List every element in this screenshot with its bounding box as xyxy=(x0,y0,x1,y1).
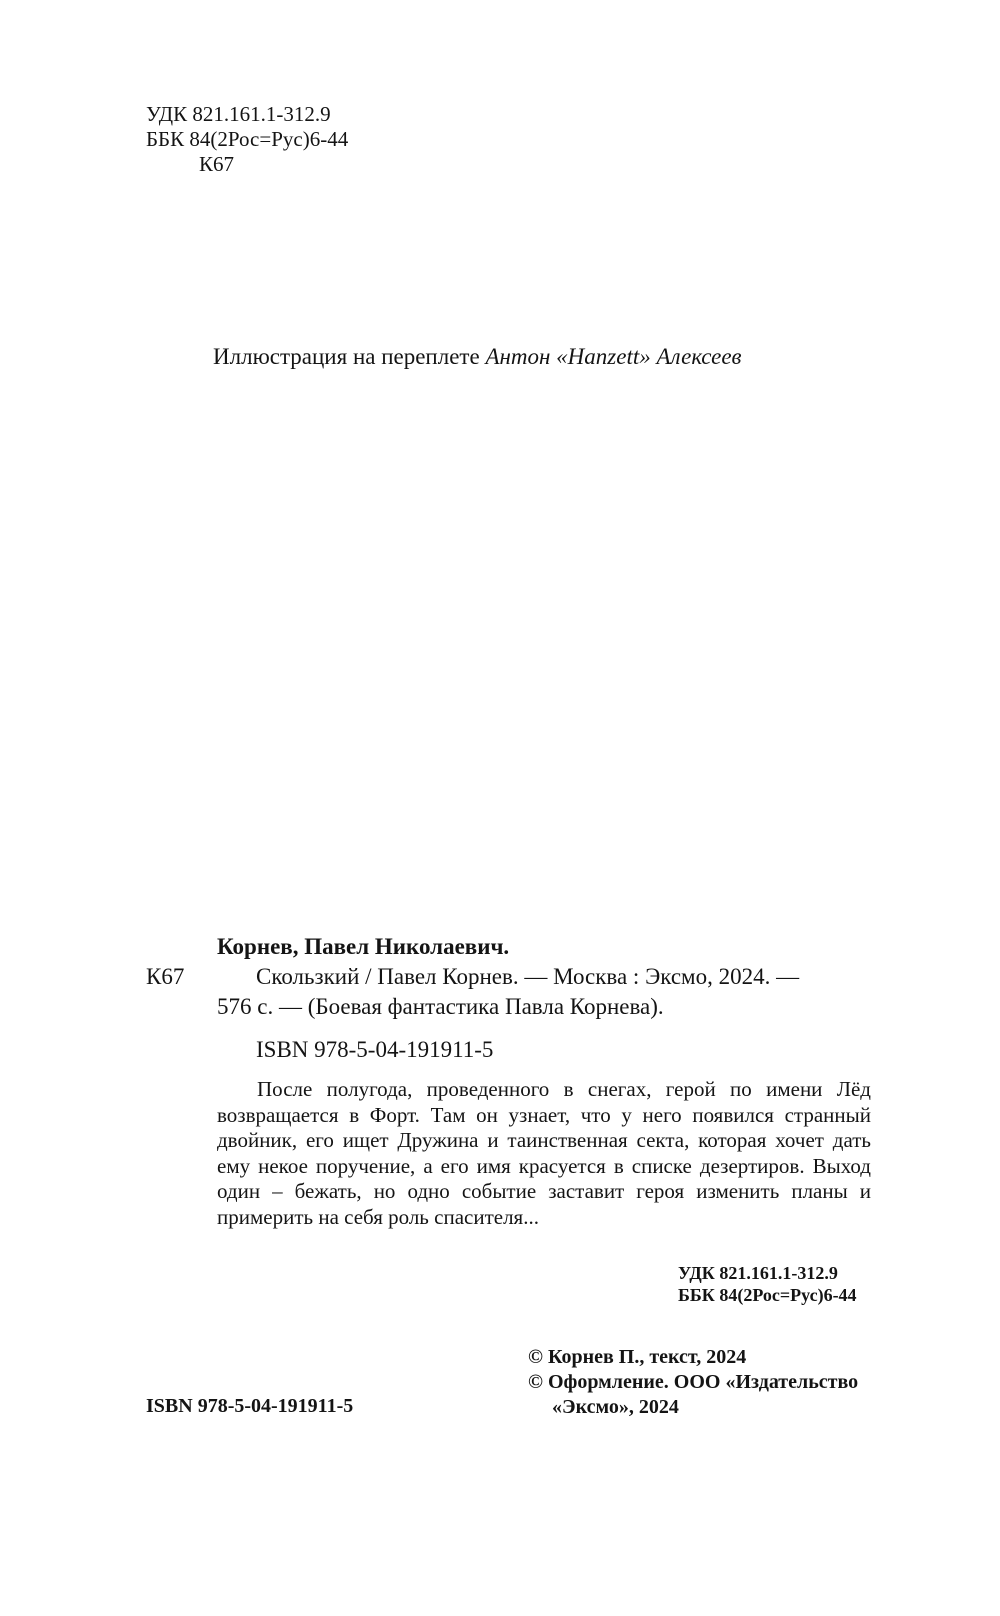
illustration-credit: Иллюстрация на переплете Антон «Hanzett»… xyxy=(213,344,742,370)
illustration-artist: Антон «Hanzett» Алексеев xyxy=(485,344,741,369)
classification-codes: УДК 821.161.1-312.9 ББК 84(2Рос=Рус)6-44… xyxy=(146,102,348,177)
author-sign: К67 xyxy=(146,152,348,177)
author-heading: Корнев, Павел Николаевич. xyxy=(217,934,509,960)
bottom-udk-code: УДК 821.161.1-312.9 xyxy=(678,1262,857,1284)
copyright-design-continued: «Эксмо», 2024 xyxy=(528,1395,858,1420)
bottom-bbk-code: ББК 84(2Рос=Рус)6-44 xyxy=(678,1284,857,1306)
copyright-block: © Корнев П., текст, 2024 © Оформление. О… xyxy=(528,1345,858,1420)
bottom-classification-codes: УДК 821.161.1-312.9 ББК 84(2Рос=Рус)6-44 xyxy=(678,1262,857,1306)
bbk-code: ББК 84(2Рос=Рус)6-44 xyxy=(146,127,348,152)
isbn-bottom: ISBN 978-5-04-191911-5 xyxy=(146,1395,353,1418)
bibliographic-line-1: Скользкий / Павел Корнев. — Москва : Экс… xyxy=(256,964,799,990)
copyright-text: © Корнев П., текст, 2024 xyxy=(528,1345,858,1370)
author-sign-side: К67 xyxy=(146,964,184,990)
isbn: ISBN 978-5-04-191911-5 xyxy=(256,1037,493,1063)
bibliographic-line-2: 576 с. — (Боевая фантастика Павла Корнев… xyxy=(217,994,664,1020)
annotation-paragraph: После полугода, проведенного в снегах, г… xyxy=(217,1077,871,1230)
illustration-label: Иллюстрация на переплете xyxy=(213,344,485,369)
udk-code: УДК 821.161.1-312.9 xyxy=(146,102,348,127)
copyright-design: © Оформление. ООО «Издательство xyxy=(528,1370,858,1395)
